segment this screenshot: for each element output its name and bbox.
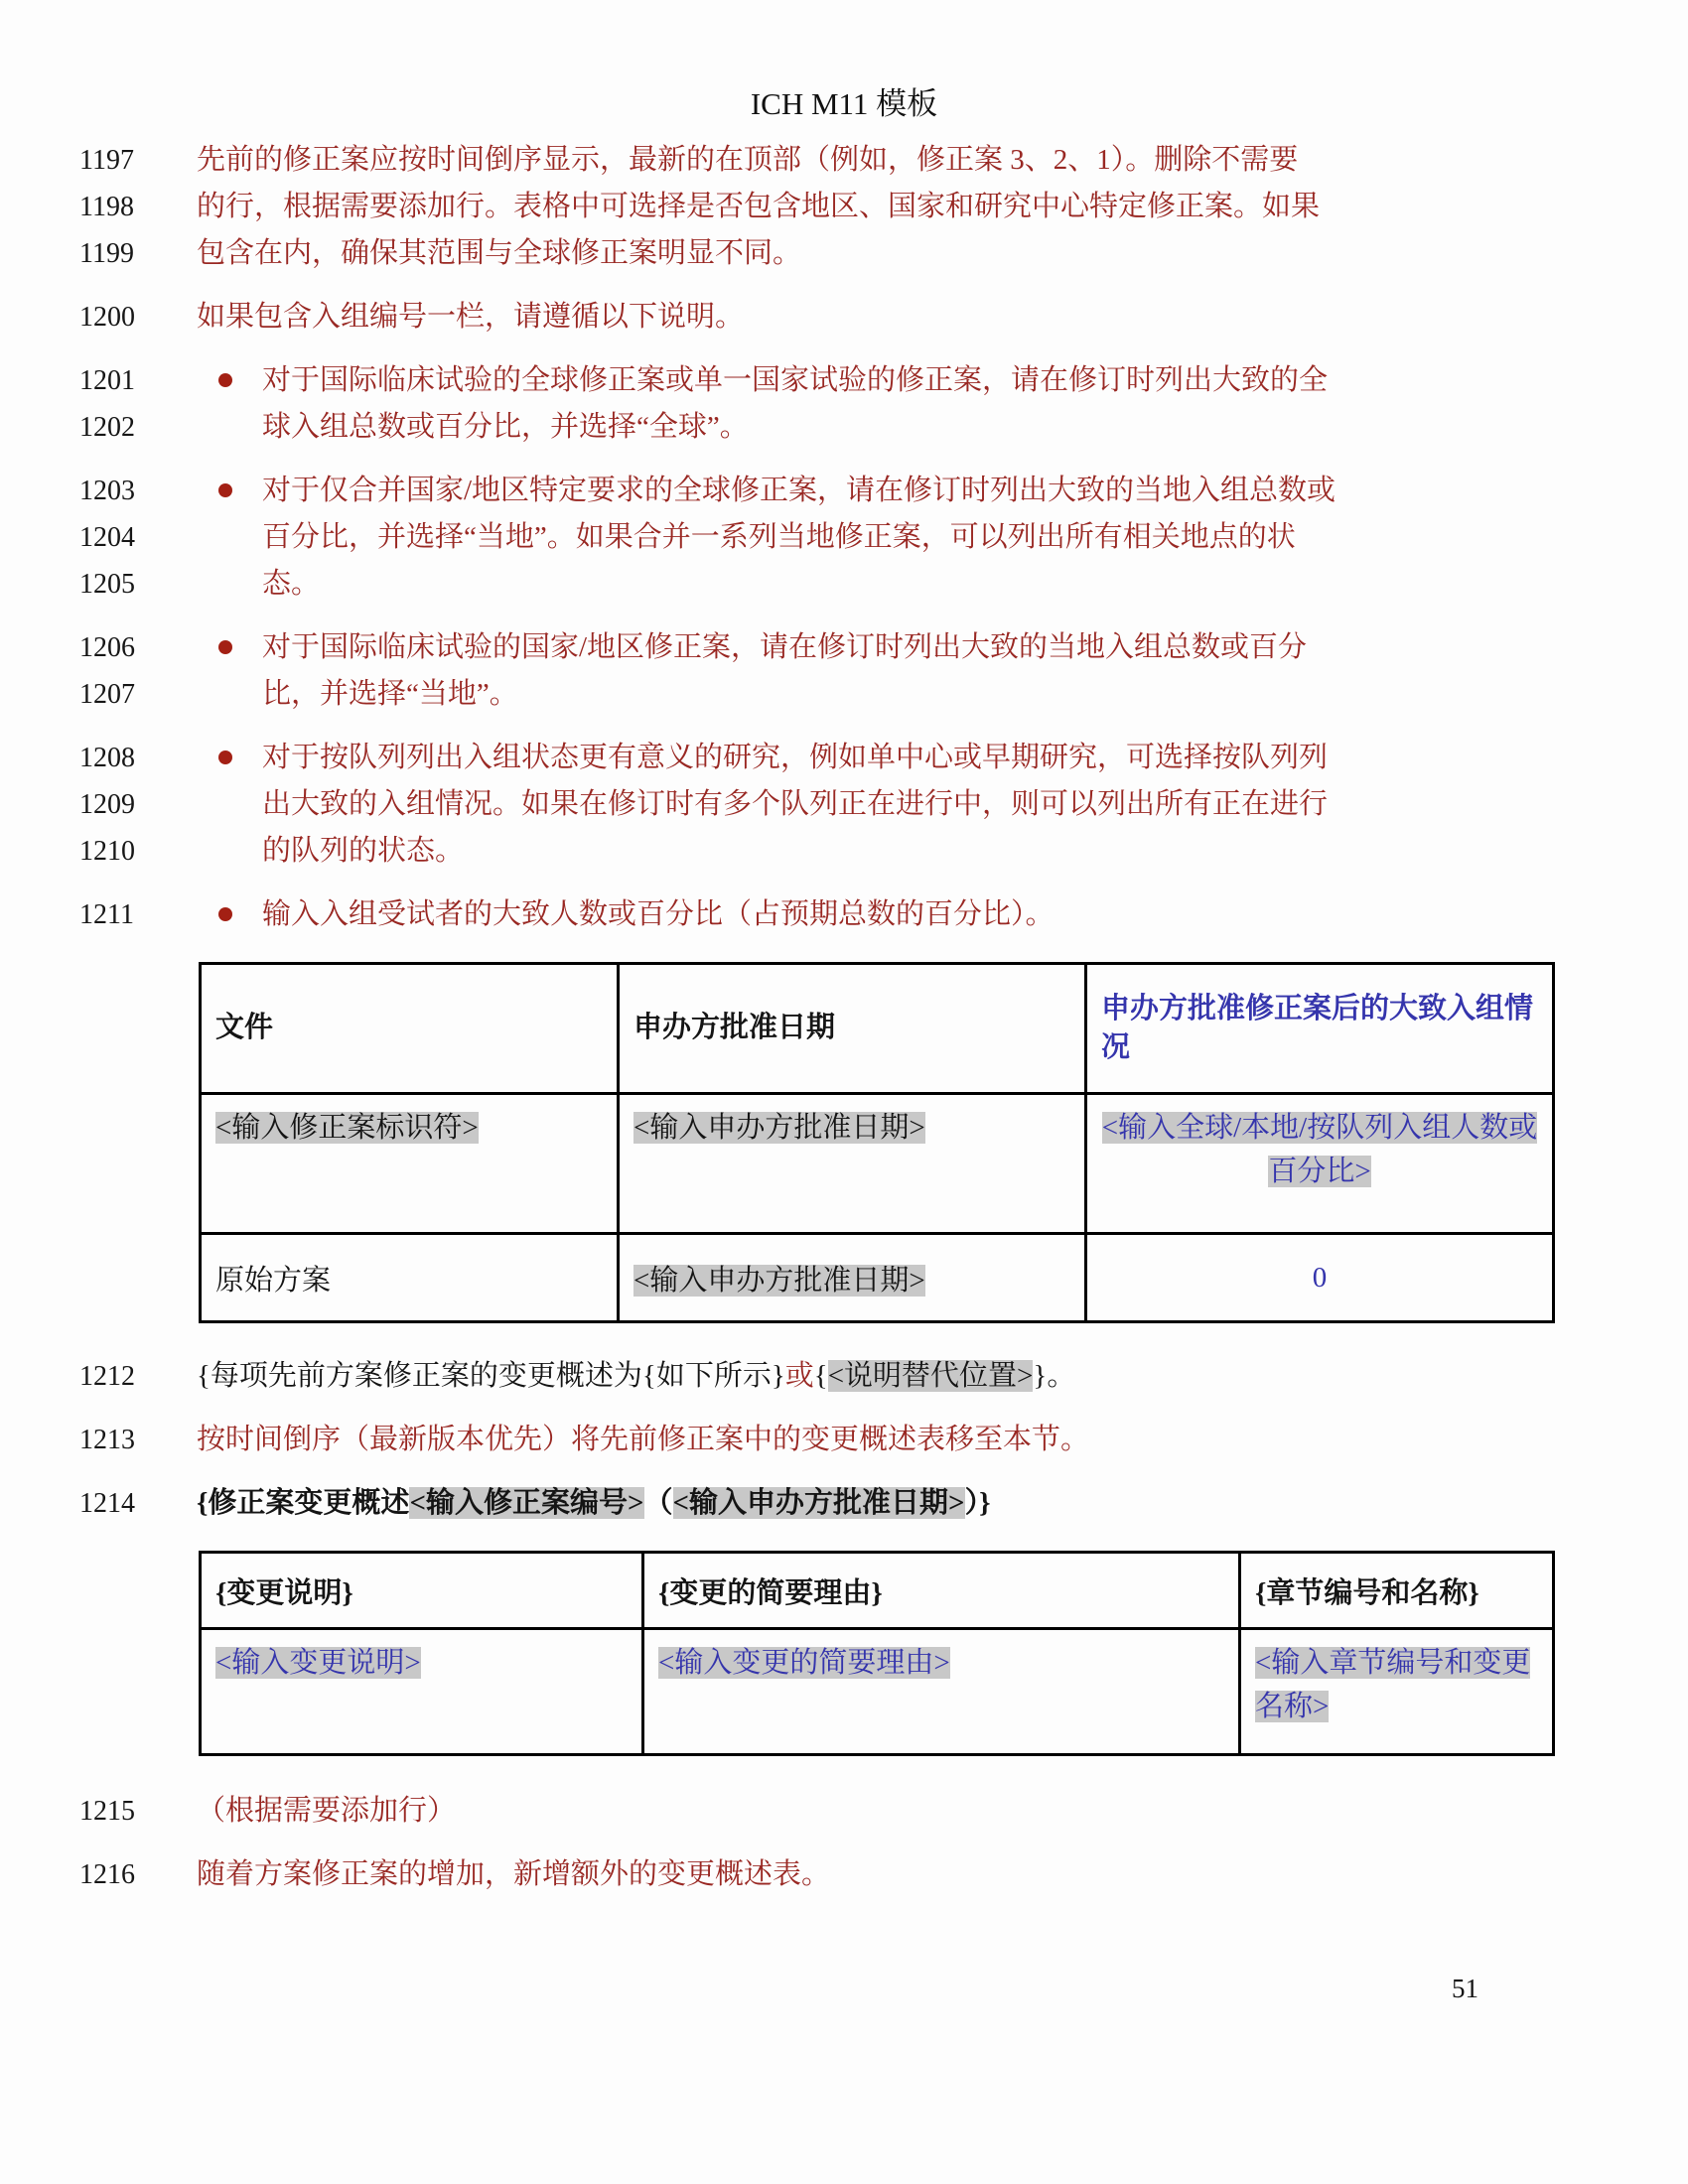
- body-text: 包含在内，确保其范围与全球修正案明显不同。: [197, 230, 1688, 277]
- doc-line: 1197 先前的修正案应按时间倒序显示，最新的在顶部（例如，修正案 3、2、1）…: [0, 137, 1688, 184]
- line-number: 1203: [79, 468, 197, 514]
- header-change-rationale: {变更的简要理由}: [643, 1553, 1240, 1629]
- line-number: 1201: [79, 357, 197, 404]
- line-number: 1205: [79, 561, 197, 608]
- bullet-icon: [218, 907, 232, 921]
- text-segment: {修正案变更概述: [197, 1487, 409, 1519]
- bullet-icon: [218, 640, 232, 654]
- bullet-item: 对于仅合并国家/地区特定要求的全球修正案，请在修订时列出大致的当地入组总数或: [197, 468, 1688, 514]
- doc-line: 1198 的行，根据需要添加行。表格中可选择是否包含地区、国家和研究中心特定修正…: [0, 184, 1688, 230]
- header-sponsor-approval-date: 申办方批准日期: [619, 964, 1086, 1094]
- body-text: 的行，根据需要添加行。表格中可选择是否包含地区、国家和研究中心特定修正案。如果: [197, 184, 1688, 230]
- body-text: 对于国际临床试验的全球修正案或单一国家试验的修正案，请在修订时列出大致的全: [262, 364, 1328, 396]
- header-document: 文件: [201, 964, 619, 1094]
- doc-line: 1205 态。: [0, 561, 1688, 608]
- line-number: 1209: [79, 781, 197, 828]
- line-number: 1213: [79, 1417, 197, 1463]
- body-text: {修正案变更概述<输入修正案编号>（<输入申办方批准日期>）}: [197, 1480, 1688, 1527]
- text-segment: {每项先前方案修正案的变更概述为{如下所示}: [197, 1360, 785, 1392]
- bullet-item: 输入入组受试者的大致人数或百分比（占预期总数的百分比）。: [197, 891, 1688, 938]
- line-number: 1215: [79, 1788, 197, 1835]
- placeholder-alternate-location: <说明替代位置>: [828, 1360, 1034, 1392]
- text-segment: {: [814, 1360, 828, 1392]
- line-number: 1204: [79, 514, 197, 561]
- placeholder-approval-date: <输入申办方批准日期>: [633, 1265, 925, 1297]
- table-row: 原始方案 <输入申办方批准日期> 0: [201, 1234, 1554, 1322]
- doc-line: 1209 出大致的入组情况。如果在修订时有多个队列正在进行中，则可以列出所有正在…: [0, 781, 1688, 828]
- bullet-item: 对于国际临床试验的全球修正案或单一国家试验的修正案，请在修订时列出大致的全: [197, 357, 1688, 404]
- line-number: 1207: [79, 671, 197, 718]
- line-number: 1212: [79, 1353, 197, 1400]
- table-row: <输入修正案标识符> <输入申办方批准日期> <输入全球/本地/按队列入组人数或…: [201, 1094, 1554, 1234]
- body-text: （根据需要添加行）: [197, 1788, 1688, 1835]
- line-number: 1214: [79, 1480, 197, 1527]
- placeholder-enrolment-value: <输入全球/本地/按队列入组人数或百分比>: [1102, 1112, 1537, 1187]
- placeholder-amendment-identifier: <输入修正案标识符>: [215, 1112, 479, 1144]
- doc-line: 1213 按时间倒序（最新版本优先）将先前修正案中的变更概述表移至本节。: [0, 1417, 1688, 1463]
- line-number: 1210: [79, 828, 197, 875]
- header-enrolment-status: 申办方批准修正案后的大致入组情况: [1086, 964, 1554, 1094]
- placeholder-approval-date: <输入申办方批准日期>: [633, 1112, 925, 1144]
- doc-line: 1200 如果包含入组编号一栏，请遵循以下说明。: [0, 294, 1688, 341]
- doc-line: 1212 {每项先前方案修正案的变更概述为{如下所示}或{<说明替代位置>}。: [0, 1353, 1688, 1400]
- doc-line: 1202 球入组总数或百分比，并选择“全球”。: [0, 404, 1688, 451]
- doc-line: 1210 的队列的状态。: [0, 828, 1688, 875]
- header-change-description: {变更说明}: [201, 1553, 643, 1629]
- line-number: 1200: [79, 294, 197, 341]
- doc-line: 1207 比，并选择“当地”。: [0, 671, 1688, 718]
- line-number: 1206: [79, 624, 197, 671]
- doc-line: 1216 随着方案修正案的增加，新增额外的变更概述表。: [0, 1851, 1688, 1898]
- body-text: 对于按队列列出入组状态更有意义的研究，例如单中心或早期研究，可选择按队列列: [262, 742, 1328, 773]
- amendment-enrolment-table: 文件 申办方批准日期 申办方批准修正案后的大致入组情况 <输入修正案标识符> <…: [199, 962, 1555, 1323]
- table-header-row: 文件 申办方批准日期 申办方批准修正案后的大致入组情况: [201, 964, 1554, 1094]
- enrolment-zero-value: 0: [1086, 1234, 1554, 1322]
- page-title: ICH M11 模板: [0, 0, 1688, 125]
- body-text: {每项先前方案修正案的变更概述为{如下所示}或{<说明替代位置>}。: [197, 1353, 1688, 1400]
- doc-line: 1208 对于按队列列出入组状态更有意义的研究，例如单中心或早期研究，可选择按队…: [0, 735, 1688, 781]
- body-text: 球入组总数或百分比，并选择“全球”。: [197, 404, 1688, 451]
- doc-line: 1201 对于国际临床试验的全球修正案或单一国家试验的修正案，请在修订时列出大致…: [0, 357, 1688, 404]
- doc-line: 1203 对于仅合并国家/地区特定要求的全球修正案，请在修订时列出大致的当地入组…: [0, 468, 1688, 514]
- doc-line: 1215 （根据需要添加行）: [0, 1788, 1688, 1835]
- line-number: 1198: [79, 184, 197, 230]
- body-text: 百分比，并选择“当地”。如果合并一系列当地修正案，可以列出所有相关地点的状: [197, 514, 1688, 561]
- line-number: 1208: [79, 735, 197, 781]
- table-header-row: {变更说明} {变更的简要理由} {章节编号和名称}: [201, 1553, 1554, 1629]
- text-segment: 或: [785, 1360, 814, 1392]
- doc-line: 1199 包含在内，确保其范围与全球修正案明显不同。: [0, 230, 1688, 277]
- body-text: 态。: [197, 561, 1688, 608]
- change-summary-table: {变更说明} {变更的简要理由} {章节编号和名称} <输入变更说明> <输入变…: [199, 1551, 1555, 1756]
- doc-line: 1214 {修正案变更概述<输入修正案编号>（<输入申办方批准日期>）}: [0, 1480, 1688, 1527]
- doc-line: 1206 对于国际临床试验的国家/地区修正案，请在修订时列出大致的当地入组总数或…: [0, 624, 1688, 671]
- placeholder-amendment-number: <输入修正案编号>: [409, 1487, 643, 1519]
- table-row: <输入变更说明> <输入变更的简要理由> <输入章节编号和变更名称>: [201, 1629, 1554, 1755]
- placeholder-approval-date: <输入申办方批准日期>: [673, 1487, 965, 1519]
- bullet-item: 对于按队列列出入组状态更有意义的研究，例如单中心或早期研究，可选择按队列列: [197, 735, 1688, 781]
- line-number: 1197: [79, 137, 197, 184]
- text-segment: }。: [1033, 1360, 1075, 1392]
- body-text: 对于国际临床试验的国家/地区修正案，请在修订时列出大致的当地入组总数或百分: [262, 631, 1307, 663]
- line-number: 1199: [79, 230, 197, 277]
- body-text: 先前的修正案应按时间倒序显示，最新的在顶部（例如，修正案 3、2、1）。删除不需…: [197, 137, 1688, 184]
- placeholder-change-description: <输入变更说明>: [215, 1647, 421, 1679]
- body-text: 的队列的状态。: [197, 828, 1688, 875]
- body-text: 出大致的入组情况。如果在修订时有多个队列正在进行中，则可以列出所有正在进行: [197, 781, 1688, 828]
- bullet-icon: [218, 751, 232, 764]
- line-number: 1202: [79, 404, 197, 451]
- document-page: ICH M11 模板 1197 先前的修正案应按时间倒序显示，最新的在顶部（例如…: [0, 0, 1688, 2184]
- body-text: 对于仅合并国家/地区特定要求的全球修正案，请在修订时列出大致的当地入组总数或: [262, 475, 1336, 506]
- bullet-icon: [218, 483, 232, 497]
- bullet-item: 对于国际临床试验的国家/地区修正案，请在修订时列出大致的当地入组总数或百分: [197, 624, 1688, 671]
- body-text: 输入入组受试者的大致人数或百分比（占预期总数的百分比）。: [262, 898, 1055, 930]
- header-section-number-title: {章节编号和名称}: [1240, 1553, 1554, 1629]
- line-number: 1216: [79, 1851, 197, 1898]
- body-text: 随着方案修正案的增加，新增额外的变更概述表。: [197, 1851, 1688, 1898]
- bullet-icon: [218, 373, 232, 387]
- body-text: 比，并选择“当地”。: [197, 671, 1688, 718]
- line-number: 1211: [79, 891, 197, 938]
- original-protocol-label: 原始方案: [201, 1234, 619, 1322]
- text-segment: （: [644, 1487, 673, 1519]
- doc-line: 1211 输入入组受试者的大致人数或百分比（占预期总数的百分比）。: [0, 891, 1688, 938]
- placeholder-change-rationale: <输入变更的简要理由>: [658, 1647, 950, 1679]
- placeholder-section-number: <输入章节编号和变更名称>: [1255, 1647, 1530, 1722]
- page-number: 51: [1452, 1974, 1478, 2004]
- body-text: 按时间倒序（最新版本优先）将先前修正案中的变更概述表移至本节。: [197, 1417, 1688, 1463]
- doc-line: 1204 百分比，并选择“当地”。如果合并一系列当地修正案，可以列出所有相关地点…: [0, 514, 1688, 561]
- body-text: 如果包含入组编号一栏，请遵循以下说明。: [197, 294, 1688, 341]
- text-segment: ）}: [965, 1487, 991, 1519]
